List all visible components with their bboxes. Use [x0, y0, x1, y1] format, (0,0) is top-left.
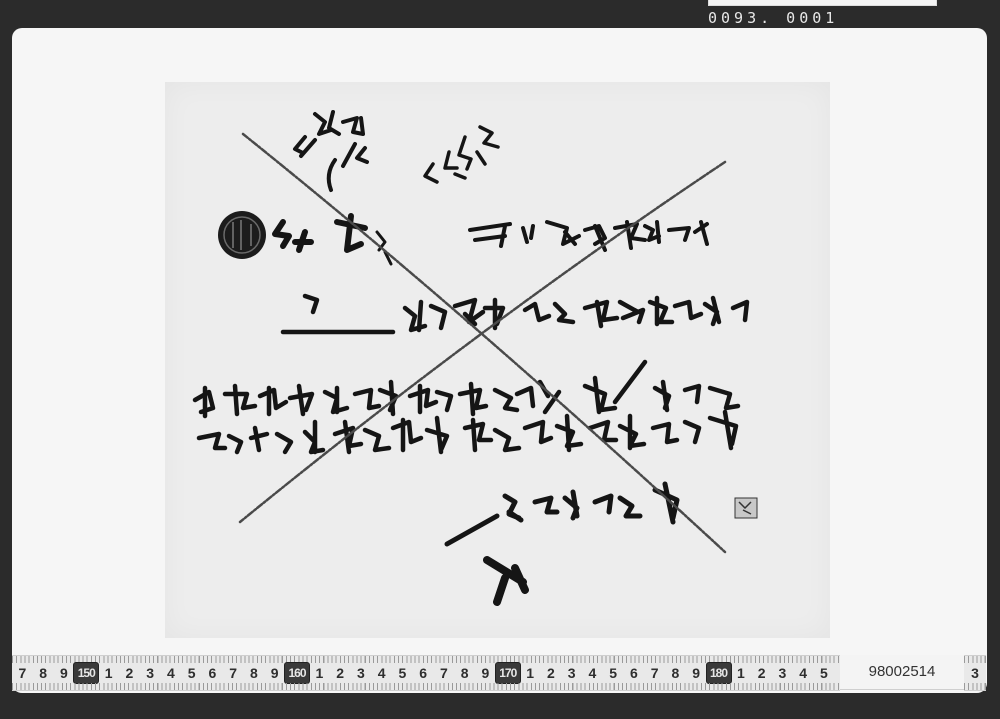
ruler-number: 7 — [434, 663, 455, 683]
ruler-number: 4 — [582, 663, 603, 683]
ruler-number: 7 — [12, 663, 33, 683]
ruler-number: 3 — [351, 663, 372, 683]
ruler-number: 1 — [520, 663, 541, 683]
cross-out-x — [240, 134, 725, 552]
ruler-number: 5 — [603, 663, 624, 683]
ruler-number: 8 — [454, 663, 475, 683]
ruler-number: 2 — [751, 663, 772, 683]
ruler-number: 1 — [309, 663, 330, 683]
ruler-number: 7 — [644, 663, 665, 683]
ruler-number: 7 — [223, 663, 244, 683]
square-seal — [735, 498, 757, 518]
manuscript-calligraphy — [165, 82, 830, 638]
ruler-major-number: 160 — [284, 662, 310, 684]
address-column-2 — [425, 127, 498, 182]
top-label-strip — [708, 0, 937, 6]
ruler-number: 1 — [98, 663, 119, 683]
ruler-number: 2 — [119, 663, 140, 683]
ruler-number: 8 — [244, 663, 265, 683]
ruler-number: 8 — [33, 663, 54, 683]
ruler-number: 4 — [793, 663, 814, 683]
catalog-number: 98002514 — [840, 662, 964, 682]
ruler-number: 3 — [561, 663, 582, 683]
address-column — [295, 112, 367, 190]
measurement-ruler: 7 8 9 150 1 2 3 4 5 6 7 8 9 160 1 2 3 4 … — [12, 655, 840, 691]
ruler-numbers: 7 8 9 150 1 2 3 4 5 6 7 8 9 160 1 2 3 4 … — [12, 663, 840, 683]
ruler-number: 2 — [541, 663, 562, 683]
ruler-number: 6 — [413, 663, 434, 683]
ruler-number: 2 — [330, 663, 351, 683]
text-column-3 — [199, 412, 736, 452]
ruler-number: 1 — [731, 663, 752, 683]
ruler-number: 3 — [772, 663, 793, 683]
ruler-number: 3 — [140, 663, 161, 683]
closing-word — [487, 560, 525, 602]
ruler-number: 5 — [181, 663, 202, 683]
ruler-ticks-bottom — [12, 683, 840, 690]
ruler-major-number: 180 — [706, 662, 732, 684]
manuscript-page — [165, 82, 830, 638]
ruler-number: 5 — [814, 663, 835, 683]
ruler-tail-ticks-top — [964, 656, 986, 663]
signature-sub — [377, 232, 391, 264]
ruler-number: 4 — [161, 663, 182, 683]
round-seal — [218, 211, 266, 259]
ruler-number: 9 — [264, 663, 285, 683]
closing-column — [447, 484, 677, 544]
text-column-1 — [283, 296, 747, 332]
ruler-major-number: 150 — [73, 662, 99, 684]
ruler-number: 9 — [54, 663, 75, 683]
ruler-tail-ticks-bottom — [964, 683, 986, 690]
ruler-number: 6 — [624, 663, 645, 683]
ruler-number: 4 — [371, 663, 392, 683]
ruler-number: 9 — [686, 663, 707, 683]
ruler-tail-number: 3 — [964, 663, 986, 683]
ruler-number: 5 — [392, 663, 413, 683]
text-column-2 — [195, 362, 738, 416]
catalog-label-area: 98002514 — [840, 655, 964, 690]
frame-number: 0093. 0001 — [708, 8, 838, 28]
ruler-tail: 3 — [964, 655, 986, 691]
ruler-major-number: 170 — [495, 662, 521, 684]
date-column — [470, 222, 707, 250]
ruler-number: 6 — [202, 663, 223, 683]
ruler-number: 9 — [475, 663, 496, 683]
ruler-number: 8 — [665, 663, 686, 683]
signature-column — [275, 216, 365, 250]
